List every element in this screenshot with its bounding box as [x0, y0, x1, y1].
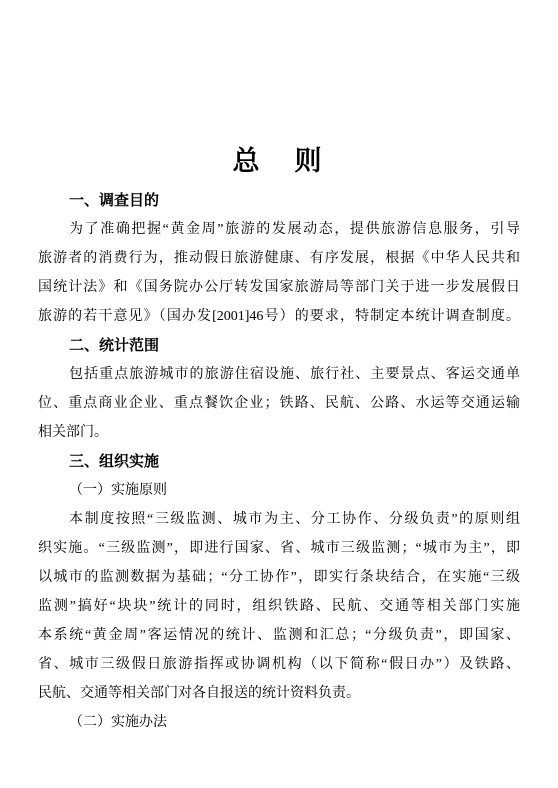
- text-line: （一）实施原则: [38, 476, 520, 505]
- text-line: （二）实施办法: [38, 708, 520, 737]
- text-line: 民航、交通等相关部门对各自报送的统计资料负责。: [38, 679, 520, 708]
- text-line: 国统计法》和《国务院办公厅转发国家旅游局等部门关于进一步发展假日: [38, 273, 520, 302]
- text-line: 本系统“黄金周”客运情况的统计、监测和汇总；“分级负责”，即国家、: [38, 621, 520, 650]
- text-line: 相关部门。: [38, 418, 520, 447]
- text-line: 包括重点旅游城市的旅游住宿设施、旅行社、主要景点、客运交通单: [38, 360, 520, 389]
- text-line: 一、调查目的: [38, 186, 520, 215]
- text-line: 省、城市三级假日旅游指挥或协调机构（以下简称“假日办”）及铁路、: [38, 650, 520, 679]
- text-line: 三、组织实施: [38, 447, 520, 476]
- document-title: 总 则: [0, 144, 558, 178]
- document-page: 总 则 一、调查目的为了准确把握“黄金周”旅游的发展动态，提供旅游信息服务，引导…: [0, 0, 558, 788]
- text-line: 二、统计范围: [38, 331, 520, 360]
- text-line: 本制度按照“三级监测、城市为主、分工协作、分级负责”的原则组: [38, 505, 520, 534]
- text-line: 为了准确把握“黄金周”旅游的发展动态，提供旅游信息服务，引导: [38, 215, 520, 244]
- text-line: 旅游的若干意见》（国办发[2001]46号）的要求，特制定本统计调查制度。: [38, 302, 520, 331]
- text-line: 旅游者的消费行为，推动假日旅游健康、有序发展，根据《中华人民共和: [38, 244, 520, 273]
- text-line: 织实施。“三级监测”，即进行国家、省、城市三级监测；“城市为主”，即: [38, 534, 520, 563]
- text-line: 位、重点商业企业、重点餐饮企业；铁路、民航、公路、水运等交通运输: [38, 389, 520, 418]
- document-body: 一、调查目的为了准确把握“黄金周”旅游的发展动态，提供旅游信息服务，引导旅游者的…: [38, 186, 520, 737]
- text-line: 以城市的监测数据为基础；“分工协作”，即实行条块结合，在实施“三级: [38, 563, 520, 592]
- text-line: 监测”搞好“块块”统计的同时，组织铁路、民航、交通等相关部门实施: [38, 592, 520, 621]
